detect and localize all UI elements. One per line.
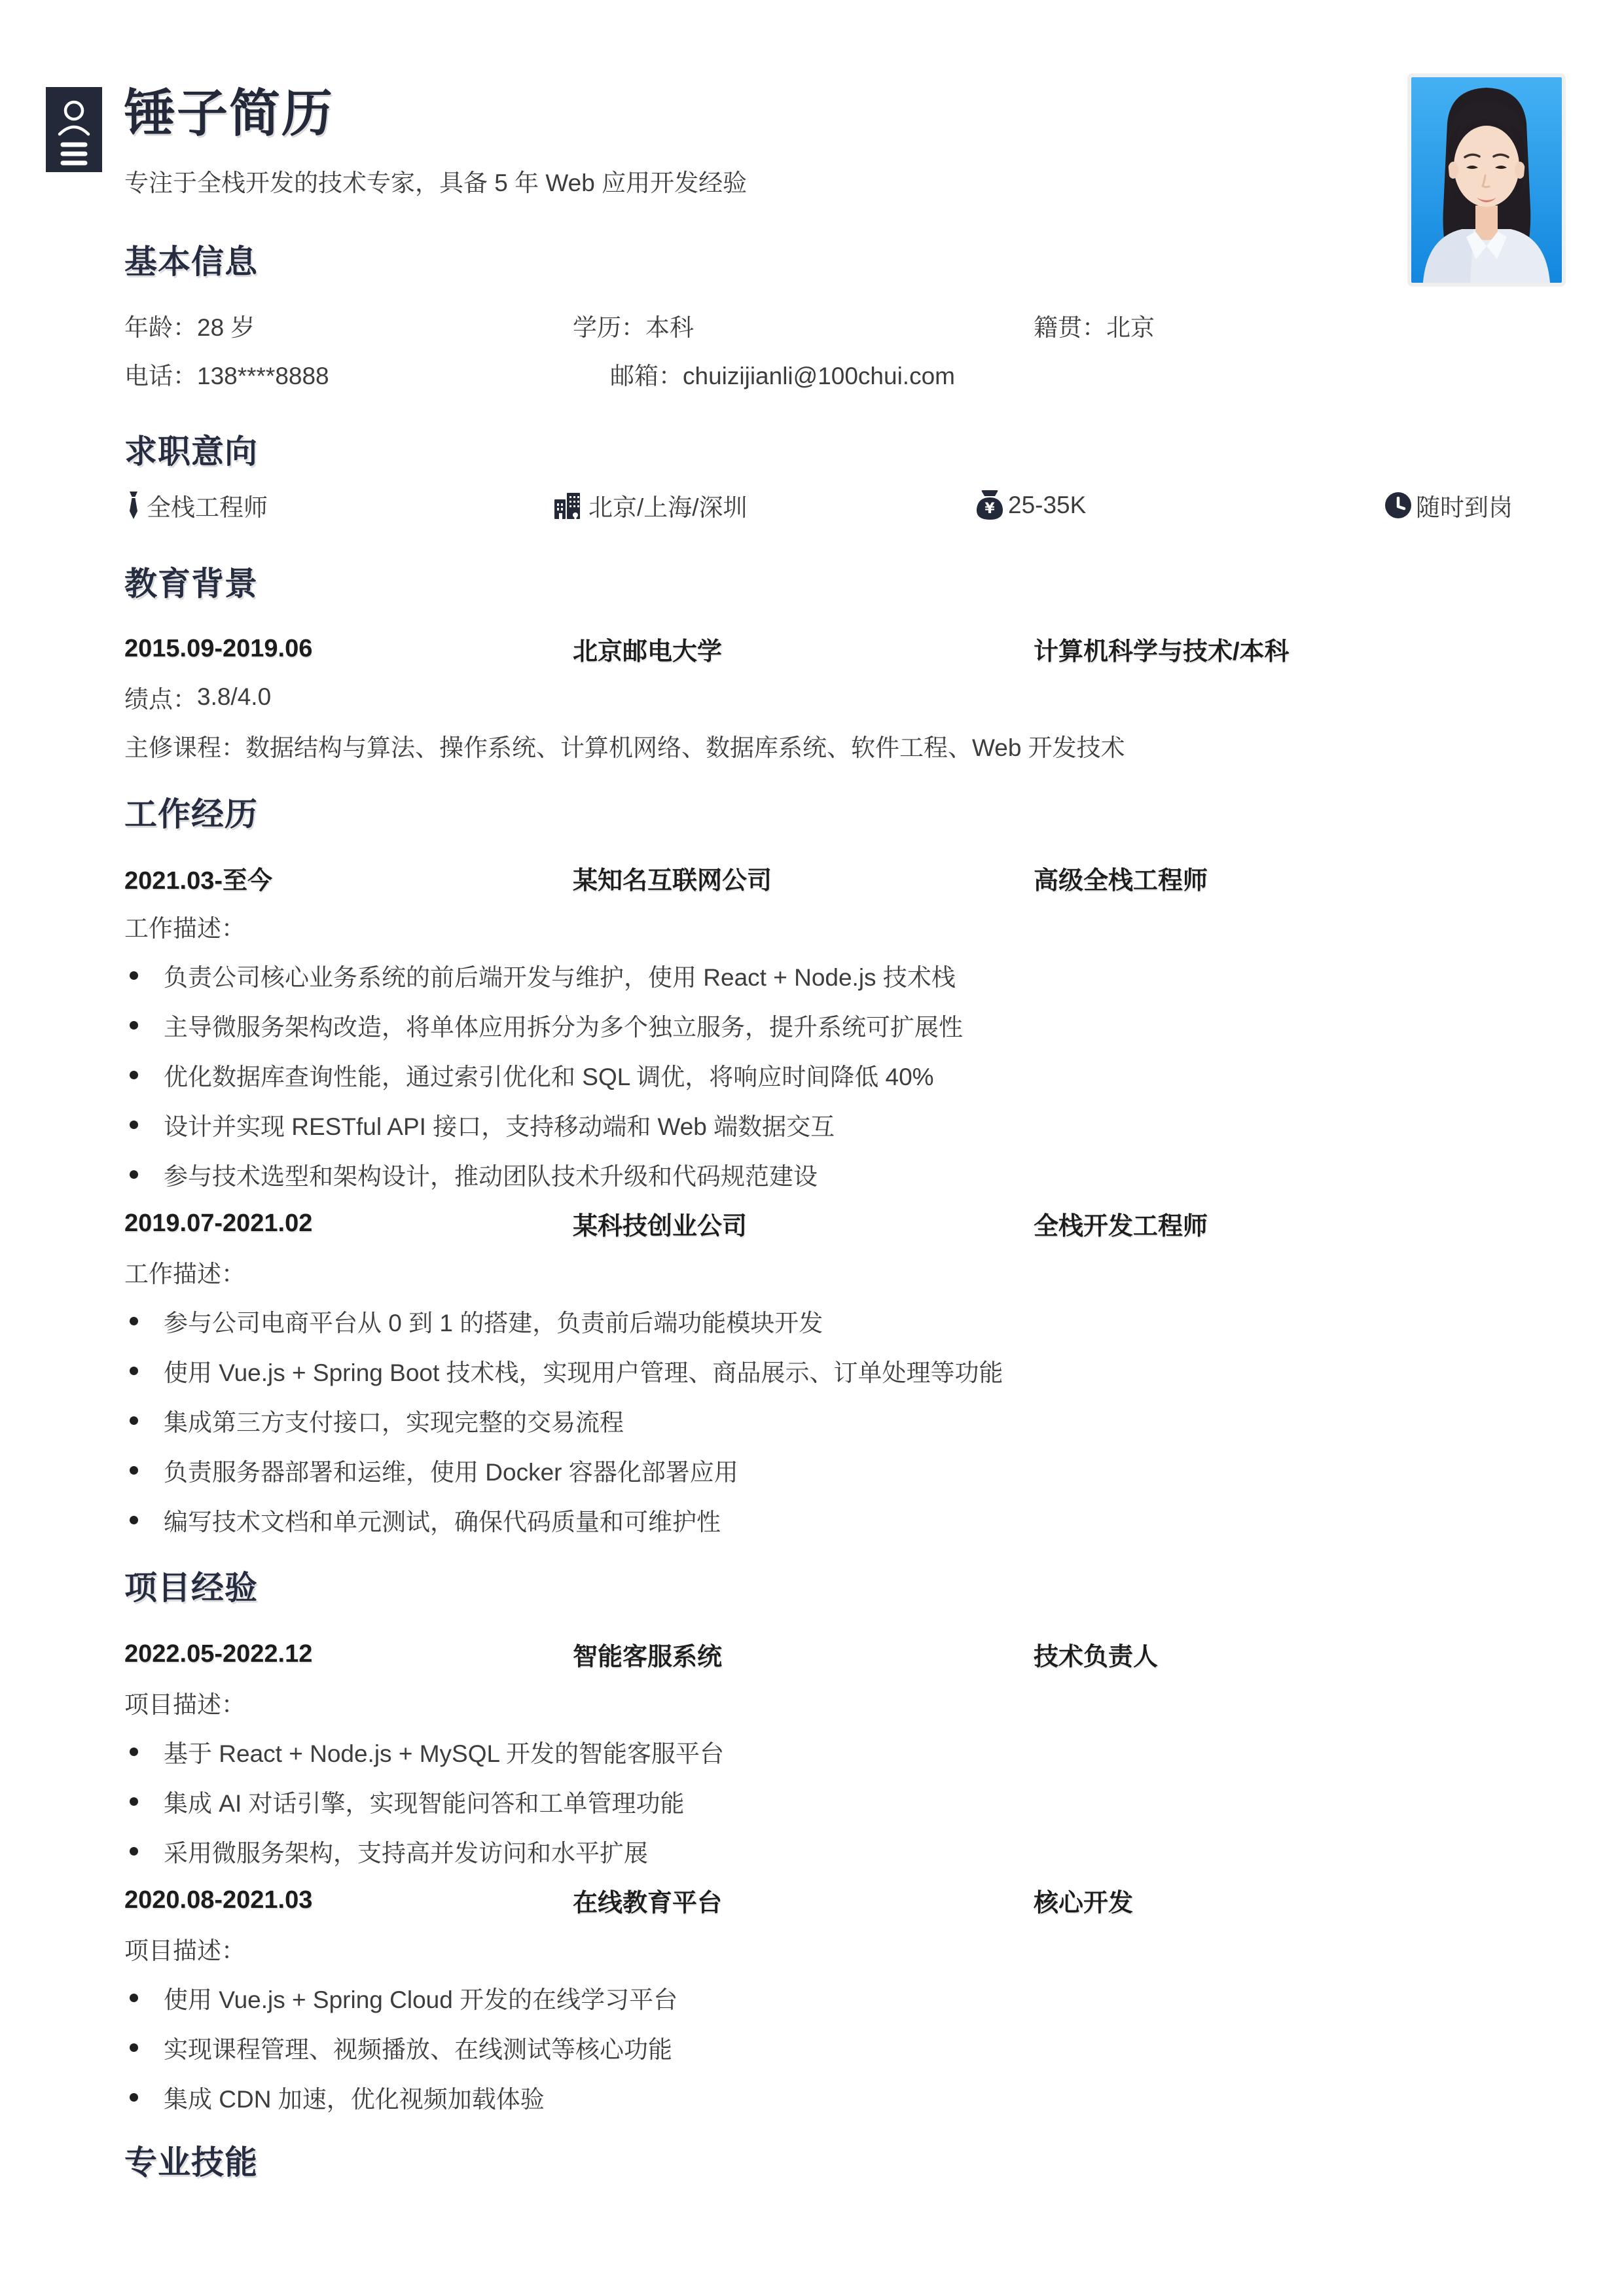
job-intent-row: 全栈工程师 (124, 486, 1565, 525)
money-bag-icon: ¥ (975, 490, 1004, 521)
section-skills: 专业技能 (124, 2145, 1565, 2179)
id-photo-image (1411, 77, 1562, 283)
project-bullet-list: 基于 React + Node.js + MySQL 开发的智能客服平台 集成 … (124, 1727, 1565, 1876)
svg-text:¥: ¥ (984, 501, 995, 517)
intent-salary: ¥ 25-35K (975, 490, 1384, 521)
list-item: 集成 AI 对话引擎，实现智能问答和工单管理功能 (124, 1776, 1565, 1826)
intent-cities: 北京/上海/深圳 (553, 488, 975, 523)
list-item: 负责服务器部署和运维，使用 Docker 容器化部署应用 (124, 1445, 1565, 1495)
section-education: 教育背景 2015.09-2019.06 北京邮电大学 计算机科学与技术/本科 … (124, 567, 1565, 770)
list-item: 基于 React + Node.js + MySQL 开发的智能客服平台 (124, 1727, 1565, 1776)
section-job-intent: 求职意向 全栈工程师 (124, 435, 1565, 525)
building-icon (553, 490, 585, 520)
education-school: 北京邮电大学 (573, 631, 1034, 667)
job-row: 2019.07-2021.02 某科技创业公司 全栈开发工程师 (124, 1199, 1565, 1247)
project-row: 2020.08-2021.03 在线教育平台 核心开发 (124, 1876, 1565, 1924)
list-item: 集成 CDN 加速，优化视频加载体验 (124, 2072, 1565, 2122)
section-projects: 项目经验 2022.05-2022.12 智能客服系统 技术负责人 项目描述： … (124, 1571, 1565, 2122)
resume-page: 锤子简历 专注于全栈开发的技术专家，具备 5 年 Web 应用开发经验 基本信息… (0, 0, 1624, 2296)
list-item: 采用微服务架构，支持高并发访问和水平扩展 (124, 1826, 1565, 1876)
list-item: 主导微服务架构改造，将单体应用拆分为多个独立服务，提升系统可扩展性 (124, 1000, 1565, 1050)
list-item: 集成第三方支付接口，实现完整的交易流程 (124, 1395, 1565, 1445)
page-title: 锤子简历 (124, 87, 1565, 139)
skills-heading: 专业技能 (124, 2145, 1565, 2179)
list-item: 编写技术文档和单元测试，确保代码质量和可维护性 (124, 1495, 1565, 1545)
job-period: 2019.07-2021.02 (124, 1210, 573, 1238)
project-desc-label: 项目描述： (124, 1678, 1565, 1727)
project-role: 技术负责人 (1034, 1636, 1565, 1672)
job-company: 某科技创业公司 (573, 1206, 1034, 1242)
field-age: 年龄：28 岁 (124, 308, 573, 343)
clock-icon (1384, 492, 1412, 519)
brand-logo-block (46, 87, 102, 172)
field-phone: 电话：138****8888 (124, 356, 610, 391)
work-heading: 工作经历 (124, 797, 1565, 831)
project-period: 2022.05-2022.12 (124, 1640, 573, 1668)
list-item: 使用 Vue.js + Spring Boot 技术栈，实现用户管理、商品展示、… (124, 1346, 1565, 1395)
education-courses: 主修课程：数据结构与算法、操作系统、计算机网络、数据库系统、软件工程、Web 开… (124, 721, 1565, 770)
person-resume-icon (46, 87, 102, 172)
education-gpa: 绩点：3.8/4.0 (124, 673, 1565, 721)
necktie-icon (124, 490, 143, 520)
intent-availability: 随时到岗 (1384, 488, 1565, 523)
project-role: 核心开发 (1034, 1882, 1565, 1918)
basic-info-row-2: 电话：138****8888 邮箱：chuizijianli@100chui.c… (124, 350, 1565, 398)
field-hometown: 籍贯：北京 (1034, 308, 1565, 343)
list-item: 参与技术选型和架构设计，推动团队技术升级和代码规范建设 (124, 1149, 1565, 1199)
project-name: 在线教育平台 (573, 1882, 1034, 1918)
list-item: 实现课程管理、视频播放、在线测试等核心功能 (124, 2022, 1565, 2072)
resume-subtitle: 专注于全栈开发的技术专家，具备 5 年 Web 应用开发经验 (124, 169, 1565, 198)
job-desc-label: 工作描述： (124, 1247, 1565, 1296)
job-desc-label: 工作描述： (124, 902, 1565, 950)
list-item: 负责公司核心业务系统的前后端开发与维护，使用 React + Node.js 技… (124, 950, 1565, 1000)
education-major: 计算机科学与技术/本科 (1034, 631, 1565, 667)
job-bullet-list: 负责公司核心业务系统的前后端开发与维护，使用 React + Node.js 技… (124, 950, 1565, 1199)
project-row: 2022.05-2022.12 智能客服系统 技术负责人 (124, 1630, 1565, 1678)
job-bullet-list: 参与公司电商平台从 0 到 1 的搭建，负责前后端功能模块开发 使用 Vue.j… (124, 1296, 1565, 1545)
section-work-experience: 工作经历 2021.03-至今 某知名互联网公司 高级全栈工程师 工作描述： 负… (124, 797, 1565, 1545)
list-item: 设计并实现 RESTful API 接口，支持移动端和 Web 端数据交互 (124, 1100, 1565, 1149)
job-row: 2021.03-至今 某知名互联网公司 高级全栈工程师 (124, 853, 1565, 902)
education-period: 2015.09-2019.06 (124, 635, 573, 663)
id-photo (1407, 73, 1566, 287)
list-item: 参与公司电商平台从 0 到 1 的搭建，负责前后端功能模块开发 (124, 1296, 1565, 1346)
projects-heading: 项目经验 (124, 1571, 1565, 1605)
project-bullet-list: 使用 Vue.js + Spring Cloud 开发的在线学习平台 实现课程管… (124, 1973, 1565, 2122)
list-item: 优化数据库查询性能，通过索引优化和 SQL 调优，将响应时间降低 40% (124, 1050, 1565, 1100)
basic-info-row-1: 年龄：28 岁 学历：本科 籍贯：北京 (124, 301, 1565, 350)
project-period: 2020.08-2021.03 (124, 1886, 573, 1914)
project-desc-label: 项目描述： (124, 1924, 1565, 1973)
field-degree: 学历：本科 (573, 308, 1034, 343)
job-company: 某知名互联网公司 (573, 860, 1034, 896)
section-basic-info: 基本信息 年龄：28 岁 学历：本科 籍贯：北京 电话：138****8888 … (124, 245, 1565, 398)
resume-header: 锤子简历 专注于全栈开发的技术专家，具备 5 年 Web 应用开发经验 (124, 87, 1565, 198)
job-title: 高级全栈工程师 (1034, 860, 1565, 896)
job-intent-heading: 求职意向 (124, 435, 1565, 469)
intent-position: 全栈工程师 (124, 488, 553, 523)
basic-info-heading: 基本信息 (124, 245, 1565, 279)
project-name: 智能客服系统 (573, 1636, 1034, 1672)
resume-content: 锤子简历 专注于全栈开发的技术专家，具备 5 年 Web 应用开发经验 基本信息… (0, 0, 1624, 2179)
education-row: 2015.09-2019.06 北京邮电大学 计算机科学与技术/本科 (124, 624, 1565, 673)
job-period: 2021.03-至今 (124, 860, 573, 896)
field-email: 邮箱：chuizijianli@100chui.com (610, 356, 1565, 391)
job-title: 全栈开发工程师 (1034, 1206, 1565, 1242)
education-heading: 教育背景 (124, 567, 1565, 601)
list-item: 使用 Vue.js + Spring Cloud 开发的在线学习平台 (124, 1973, 1565, 2022)
